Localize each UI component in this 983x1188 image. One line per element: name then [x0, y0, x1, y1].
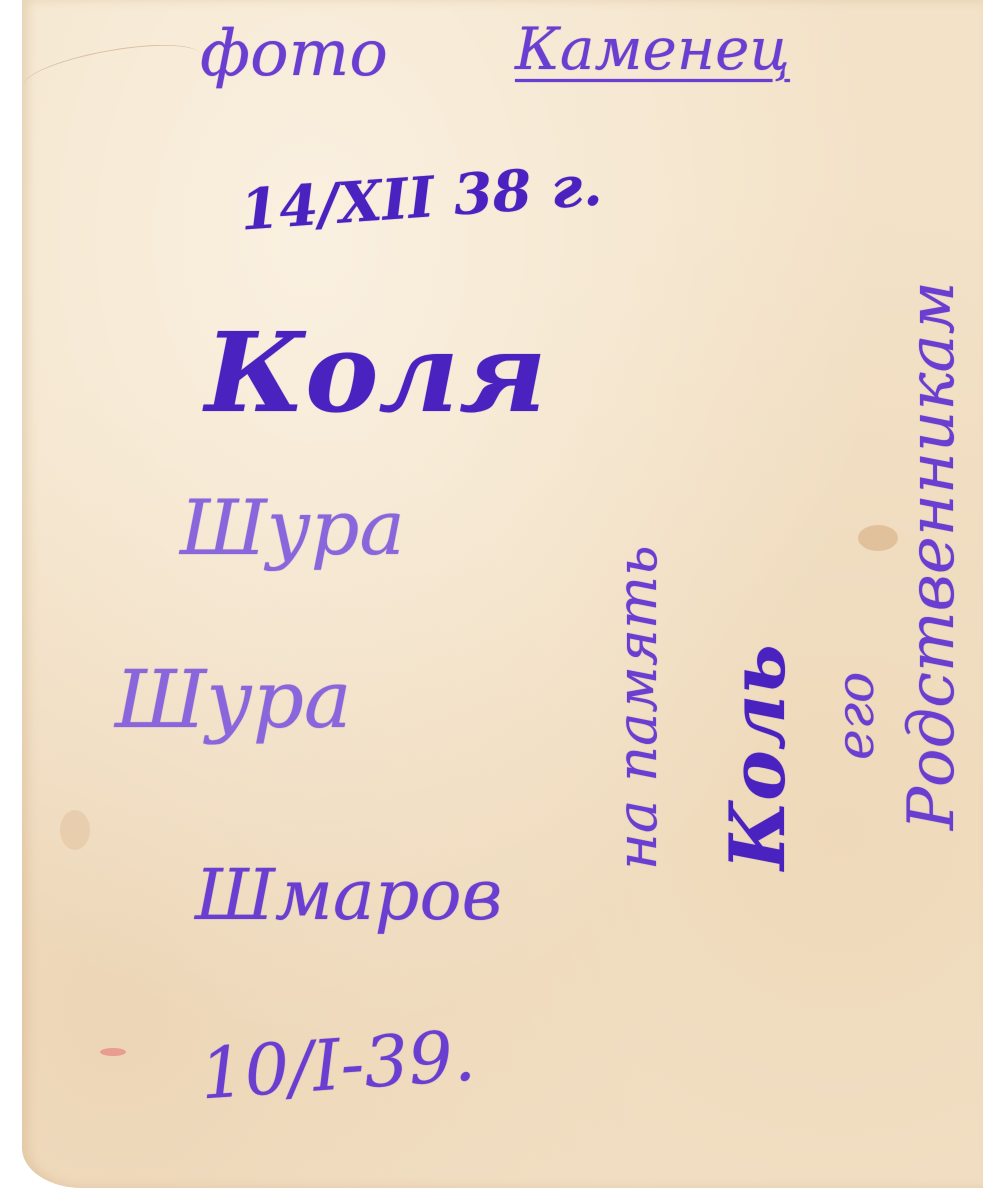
- stain: [60, 810, 90, 850]
- header-place: Каменец: [515, 20, 790, 78]
- date-bottom: 10/I-39.: [198, 1020, 478, 1109]
- stain: [858, 525, 898, 551]
- header-word: фото: [200, 22, 388, 86]
- dedication-kol: Коль: [720, 644, 796, 870]
- name-shura-1: Шура: [180, 490, 405, 566]
- name-kolya: Коля: [205, 318, 547, 428]
- dedication-ego: его: [830, 672, 882, 760]
- stain: [100, 1048, 126, 1056]
- name-shura-2: Шура: [115, 660, 352, 740]
- dedication-na-pamyat: на память: [610, 545, 666, 870]
- dedication-rodstvennikam: Родственникам: [900, 281, 964, 830]
- signature: Шмаров: [195, 860, 502, 930]
